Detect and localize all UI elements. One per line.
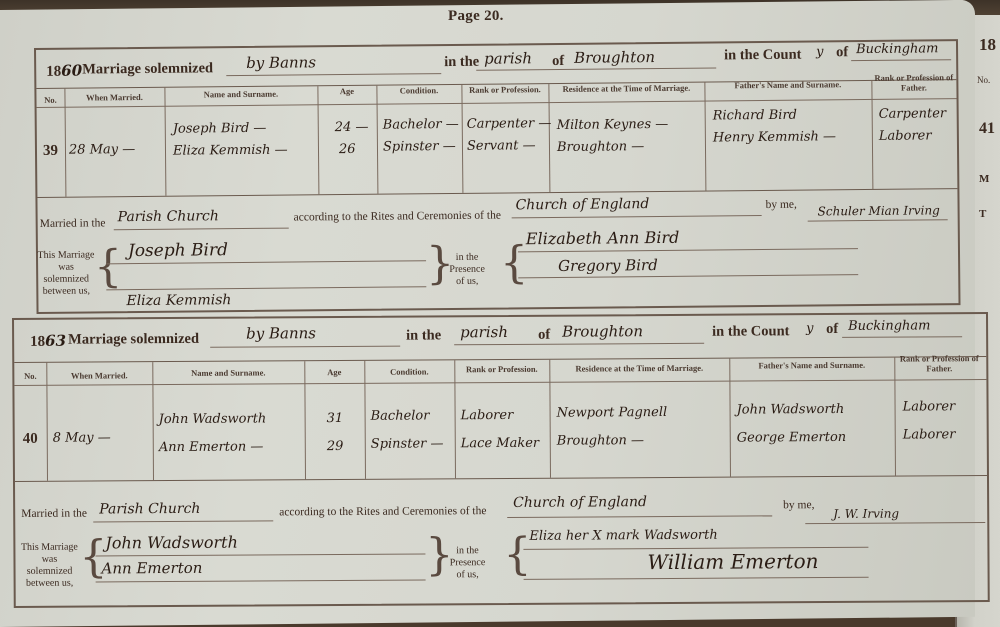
facing-this-initial: T xyxy=(979,208,986,220)
brace-witness: { xyxy=(500,241,528,285)
groom-rank: Laborer xyxy=(461,408,514,423)
facing-married-initial: M xyxy=(979,173,989,185)
place-name: Broughton xyxy=(574,48,655,67)
bride-residence: Broughton — xyxy=(557,139,644,155)
entry-number: 40 xyxy=(23,431,38,448)
bride-age: 29 xyxy=(327,439,344,454)
bride-father-rank: Laborer xyxy=(879,128,932,144)
rites-of: Church of England xyxy=(515,196,649,213)
groom-father: John Wadsworth xyxy=(737,402,845,418)
county-suffix: y xyxy=(816,44,824,59)
signature-bride: Ann Emerton xyxy=(101,559,202,578)
bride-father-rank: Laborer xyxy=(903,427,956,442)
year: 1860 xyxy=(46,62,82,81)
facing-col-no: No. xyxy=(977,75,990,85)
label-according-to: according to the Rites and Ceremonies of… xyxy=(279,505,486,518)
col-rank: Rank or Profession. xyxy=(454,364,549,375)
marriage-entry-39: 1860 Marriage solemnized by Banns in the… xyxy=(34,39,961,314)
col-rank: Rank or Profession. xyxy=(461,84,548,95)
solemnized-by: by Banns xyxy=(246,53,316,72)
when-married: 28 May — xyxy=(69,142,135,158)
place-type: parish xyxy=(460,323,508,341)
brace-witness: { xyxy=(503,533,531,577)
label-in-presence: in thePresenceof us, xyxy=(441,545,493,581)
groom-age: 24 — xyxy=(335,120,369,135)
bride-condition: Spinster — xyxy=(383,139,456,155)
label-married-in: Married in the xyxy=(40,217,106,230)
label-in-the: in the xyxy=(444,54,479,71)
col-when-married: When Married. xyxy=(46,370,152,381)
county: Buckingham xyxy=(848,318,930,334)
label-county: in the Count xyxy=(724,47,802,65)
groom-age: 31 xyxy=(327,411,344,426)
page-number: Page 20. xyxy=(448,8,504,25)
groom-name: Joseph Bird — xyxy=(173,121,267,137)
groom-father-rank: Carpenter xyxy=(879,106,947,122)
witness-1: Elizabeth Ann Bird xyxy=(526,228,680,248)
label-in-presence: in thePresenceof us, xyxy=(442,252,492,288)
bride-name: Eliza Kemmish — xyxy=(173,143,288,159)
marriage-entry-40: 1863 Marriage solemnized by Banns in the… xyxy=(12,312,990,608)
col-father: Father's Name and Surname. xyxy=(704,79,871,91)
officiant: Schuler Mian Irving xyxy=(818,203,940,218)
officiant: J. W. Irving xyxy=(833,507,899,521)
place-type: parish xyxy=(484,49,532,67)
county-suffix: y xyxy=(806,321,813,336)
groom-name: John Wadsworth xyxy=(159,411,267,427)
bride-condition: Spinster — xyxy=(371,436,444,451)
label-by-me: by me, xyxy=(783,499,814,511)
groom-rank: Carpenter — xyxy=(467,116,552,132)
label-of-county: of xyxy=(826,321,838,338)
signature-bride: Eliza Kemmish xyxy=(126,292,231,309)
col-condition: Condition. xyxy=(364,366,454,377)
place-name: Broughton xyxy=(562,322,643,340)
label-marriage-solemnized: Marriage solemnized xyxy=(68,331,199,349)
col-father: Father's Name and Surname. xyxy=(729,360,894,371)
col-father-rank: Rank or Profession of Father. xyxy=(871,72,956,93)
bride-residence: Broughton — xyxy=(557,433,644,449)
label-this-marriage: This Marriagewassolemnizedbetween us, xyxy=(36,249,96,298)
witness-2: William Emerton xyxy=(647,549,818,574)
bride-father: Henry Kemmish — xyxy=(713,129,836,145)
year: 1863 xyxy=(30,332,66,351)
bride-father: George Emerton xyxy=(737,430,847,446)
entry-table: No. When Married. Name and Surname. Age … xyxy=(14,356,987,482)
entry-heading: 1863 Marriage solemnized by Banns in the… xyxy=(14,314,986,360)
label-of-county: of xyxy=(836,44,848,61)
county: Buckingham xyxy=(856,41,939,57)
col-residence: Residence at the Time of Marriage. xyxy=(549,363,729,374)
groom-father: Richard Bird xyxy=(713,108,797,124)
label-of: of xyxy=(552,53,564,70)
bride-rank: Lace Maker xyxy=(461,436,539,451)
bride-rank: Servant — xyxy=(467,138,536,154)
rites-of: Church of England xyxy=(513,494,647,511)
col-no: No. xyxy=(14,371,46,381)
married-in: Parish Church xyxy=(118,208,219,225)
facing-entry-number: 41 xyxy=(979,120,995,138)
col-father-rank: Rank or Profession of Father. xyxy=(894,353,984,374)
label-this-marriage: This Marriagewassolemnizedbetween us, xyxy=(17,542,81,590)
groom-residence: Newport Pagnell xyxy=(557,405,668,421)
witness-1: Eliza her X mark Wadsworth xyxy=(529,528,717,544)
label-marriage-solemnized: Marriage solemnized xyxy=(82,60,213,78)
col-residence: Residence at the Time of Marriage. xyxy=(548,83,704,94)
married-in: Parish Church xyxy=(99,501,200,518)
col-when-married: When Married. xyxy=(64,92,164,103)
col-age: Age xyxy=(317,86,376,97)
bride-age: 26 xyxy=(339,142,356,157)
label-married-in: Married in the xyxy=(21,508,87,520)
label-by-me: by me, xyxy=(765,199,796,211)
col-name: Name and Surname. xyxy=(164,88,317,99)
entry-table: No. When Married. Name and Surname. Age … xyxy=(36,79,957,198)
signature-groom: John Wadsworth xyxy=(105,533,238,553)
witness-2: Gregory Bird xyxy=(558,256,658,275)
col-no: No. xyxy=(36,95,64,105)
col-condition: Condition. xyxy=(376,85,461,96)
entry-number: 39 xyxy=(43,143,58,160)
label-in-the: in the xyxy=(406,327,441,344)
label-according-to: according to the Rites and Ceremonies of… xyxy=(294,210,501,224)
when-married: 8 May — xyxy=(53,430,111,445)
brace-left: { xyxy=(94,245,122,289)
groom-condition: Bachelor xyxy=(371,408,430,423)
groom-father-rank: Laborer xyxy=(903,399,956,414)
solemnized-by: by Banns xyxy=(246,324,316,342)
label-of: of xyxy=(538,327,550,344)
label-county: in the Count xyxy=(712,323,789,340)
facing-year: 18 xyxy=(979,35,996,55)
col-name: Name and Surname. xyxy=(152,367,304,378)
signature-groom: Joseph Bird xyxy=(128,240,228,261)
groom-residence: Milton Keynes — xyxy=(557,117,669,133)
col-age: Age xyxy=(304,367,364,377)
groom-condition: Bachelor — xyxy=(383,117,459,133)
bride-name: Ann Emerton — xyxy=(159,439,264,455)
